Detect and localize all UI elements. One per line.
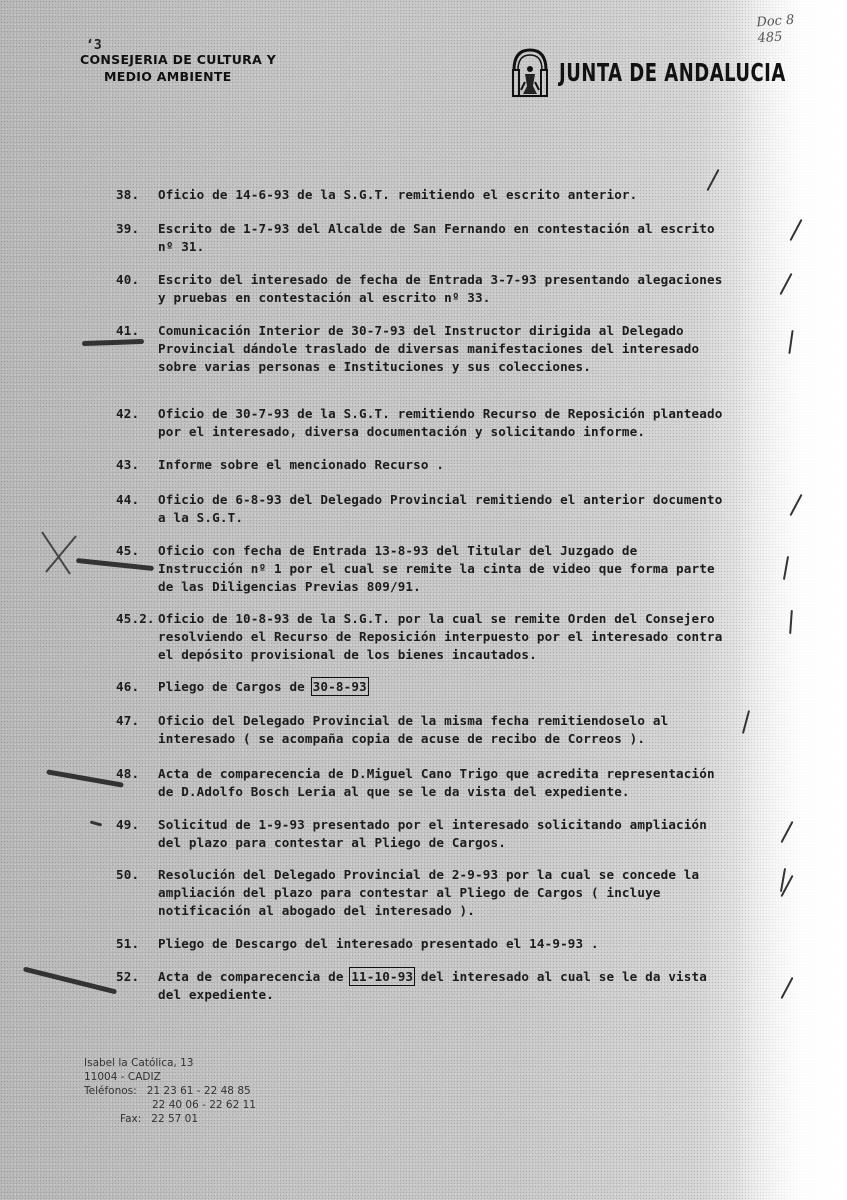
list-item: 38.Oficio de 14-6-93 de la S.G.T. remiti… [116, 186, 766, 204]
phones-value-1: 21 23 61 - 22 48 85 [147, 1085, 251, 1097]
entry-number: 45. [116, 542, 156, 560]
entry-number: 41. [116, 322, 156, 340]
list-item: 52.Acta de comparecencia de 11-10-93 del… [116, 968, 766, 986]
entry-number: 39. [116, 220, 156, 238]
fax-label: Fax: [120, 1113, 141, 1125]
list-item: 46.Pliego de Cargos de 30-8-93 [116, 678, 766, 696]
entry-text: Pliego de Cargos de 30-8-93 [158, 678, 766, 696]
entry-text: Escrito de 1-7-93 del Alcalde de San Fer… [158, 220, 766, 256]
list-item: 44.Oficio de 6-8-93 del Delegado Provinc… [116, 491, 766, 509]
entry-text: Oficio de 6-8-93 del Delegado Provincial… [158, 491, 766, 527]
list-item: 39.Escrito de 1-7-93 del Alcalde de San … [116, 220, 766, 238]
entry-text: Acta de comparecencia de 11-10-93 del in… [158, 968, 766, 1004]
footer-fax: Fax: 22 57 01 [84, 1112, 256, 1126]
entry-text-before: Acta de comparecencia de [158, 969, 351, 984]
list-item: 42.Oficio de 30-7-93 de la S.G.T. remiti… [116, 405, 766, 423]
fax-value: 22 57 01 [151, 1113, 198, 1125]
phones-value-2: 22 40 06 - 22 62 11 [152, 1099, 256, 1111]
entry-text: Oficio de 30-7-93 de la S.G.T. remitiend… [158, 405, 766, 441]
list-item: 49.Solicitud de 1-9-93 presentado por el… [116, 816, 766, 834]
entry-number: 50. [116, 866, 156, 884]
entry-text: Comunicación Interior de 30-7-93 del Ins… [158, 322, 766, 376]
x-mark-icon [38, 528, 78, 578]
entry-text: Informe sobre el mencionado Recurso . [158, 456, 766, 474]
entry-number: 47. [116, 712, 156, 730]
entry-text: Oficio de 10-8-93 de la S.G.T. por la cu… [158, 610, 766, 664]
entry-number: 46. [116, 678, 156, 696]
footer-address: Isabel la Católica, 13 11004 - CADIZ Tel… [84, 1056, 256, 1126]
list-item: 48.Acta de comparecencia de D.Miguel Can… [116, 765, 766, 783]
list-item: 43.Informe sobre el mencionado Recurso . [116, 456, 766, 474]
entry-text: Acta de comparecencia de D.Miguel Cano T… [158, 765, 766, 801]
list-item: 50.Resolución del Delegado Provincial de… [116, 866, 766, 884]
entry-text: Oficio del Delegado Provincial de la mis… [158, 712, 766, 748]
footer-phones-line1: Teléfonos: 21 23 61 - 22 48 85 [84, 1084, 256, 1098]
footer-street: Isabel la Católica, 13 [84, 1056, 256, 1070]
list-item: 45.Oficio con fecha de Entrada 13-8-93 d… [116, 542, 766, 560]
entry-number: 42. [116, 405, 156, 423]
entry-text: Escrito del interesado de fecha de Entra… [158, 271, 766, 307]
entry-number: 48. [116, 765, 156, 783]
entry-text: Pliego de Descargo del interesado presen… [158, 935, 766, 953]
document-entry-list: 38.Oficio de 14-6-93 de la S.G.T. remiti… [0, 0, 847, 1200]
footer-city: 11004 - CADIZ [84, 1070, 256, 1084]
entry-number: 40. [116, 271, 156, 289]
list-item: 51.Pliego de Descargo del interesado pre… [116, 935, 766, 953]
footer-phones-line2: 22 40 06 - 22 62 11 [84, 1098, 256, 1112]
list-item: 41.Comunicación Interior de 30-7-93 del … [116, 322, 766, 340]
entry-text: Solicitud de 1-9-93 presentado por el in… [158, 816, 766, 852]
entry-number: 43. [116, 456, 156, 474]
list-item: 45.2.Oficio de 10-8-93 de la S.G.T. por … [116, 610, 766, 628]
list-item: 40.Escrito del interesado de fecha de En… [116, 271, 766, 289]
entry-text: Oficio de 14-6-93 de la S.G.T. remitiend… [158, 186, 766, 204]
list-item: 47.Oficio del Delegado Provincial de la … [116, 712, 766, 730]
entry-text: Oficio con fecha de Entrada 13-8-93 del … [158, 542, 766, 596]
entry-text-before: Pliego de Cargos de [158, 679, 313, 694]
boxed-date: 11-10-93 [351, 969, 413, 984]
entry-number: 51. [116, 935, 156, 953]
entry-number: 52. [116, 968, 156, 986]
phones-label: Teléfonos: [84, 1085, 137, 1097]
entry-number: 45.2. [116, 610, 156, 628]
entry-number: 49. [116, 816, 156, 834]
entry-text: Resolución del Delegado Provincial de 2-… [158, 866, 766, 920]
boxed-date: 30-8-93 [313, 679, 367, 694]
entry-number: 44. [116, 491, 156, 509]
entry-number: 38. [116, 186, 156, 204]
